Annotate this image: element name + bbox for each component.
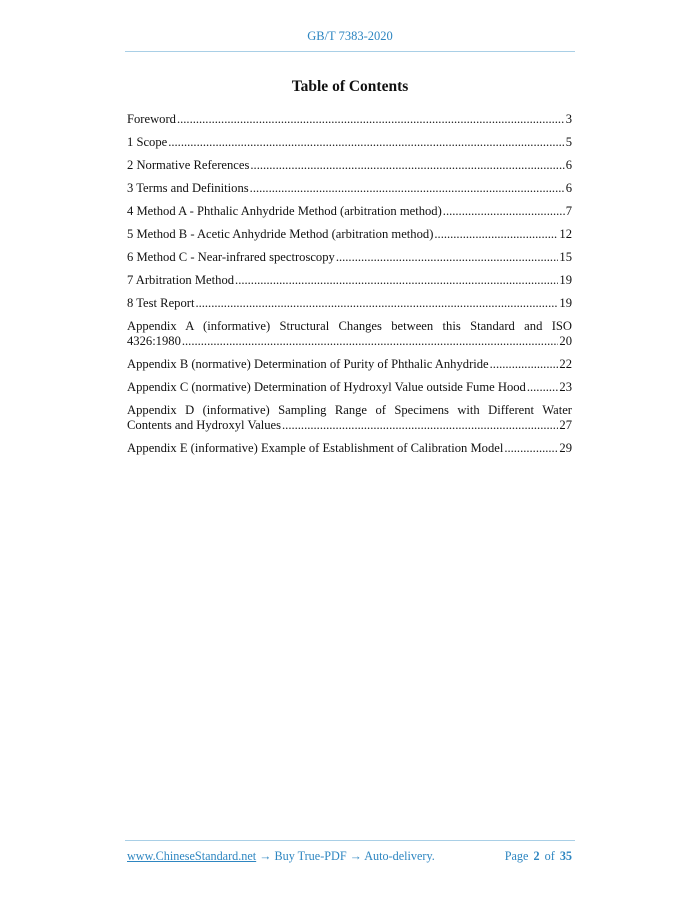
- leader-dots: [434, 227, 558, 242]
- leader-dots: [168, 135, 564, 150]
- standard-code-header: GB/T 7383-2020: [0, 29, 700, 44]
- page-footer: www.ChineseStandard.net → Buy True-PDF →…: [127, 849, 572, 864]
- total-pages: 35: [560, 849, 572, 863]
- footer-tagline: → Buy True-PDF → Auto-delivery.: [256, 849, 435, 863]
- leader-dots: [250, 181, 565, 196]
- toc-entry-method-a[interactable]: 4 Method A - Phthalic Anhydride Method (…: [127, 204, 572, 219]
- table-of-contents: Foreword3 1 Scope5 2 Normative Reference…: [127, 112, 572, 464]
- leader-dots: [504, 441, 558, 456]
- site-link[interactable]: www.ChineseStandard.net: [127, 849, 256, 863]
- page-indicator: Page 2 of 35: [503, 849, 572, 864]
- toc-entry-method-b[interactable]: 5 Method B - Acetic Anhydride Method (ar…: [127, 227, 572, 242]
- leader-dots: [195, 296, 558, 311]
- leader-dots: [235, 273, 558, 288]
- leader-dots: [336, 250, 559, 265]
- footer-promo: www.ChineseStandard.net → Buy True-PDF →…: [127, 849, 435, 864]
- toc-entry-appendix-d[interactable]: Appendix D (informative) Sampling Range …: [127, 403, 572, 433]
- toc-entry-terms-definitions[interactable]: 3 Terms and Definitions6: [127, 181, 572, 196]
- toc-entry-appendix-a[interactable]: Appendix A (informative) Structural Chan…: [127, 319, 572, 349]
- leader-dots: [282, 418, 558, 433]
- leader-dots: [250, 158, 564, 173]
- leader-dots: [490, 357, 559, 372]
- leader-dots: [527, 380, 559, 395]
- leader-dots: [443, 204, 565, 219]
- leader-dots: [182, 334, 559, 349]
- toc-entry-method-c[interactable]: 6 Method C - Near-infrared spectroscopy1…: [127, 250, 572, 265]
- current-page: 2: [533, 849, 539, 863]
- page-title: Table of Contents: [0, 78, 700, 96]
- toc-entry-normative-references[interactable]: 2 Normative References6: [127, 158, 572, 173]
- toc-entry-appendix-c[interactable]: Appendix C (normative) Determination of …: [127, 380, 572, 395]
- header-divider: [125, 51, 575, 52]
- toc-entry-scope[interactable]: 1 Scope5: [127, 135, 572, 150]
- toc-entry-appendix-b[interactable]: Appendix B (normative) Determination of …: [127, 357, 572, 372]
- leader-dots: [177, 112, 565, 127]
- footer-divider: [125, 840, 575, 841]
- toc-entry-test-report[interactable]: 8 Test Report 19: [127, 296, 572, 311]
- toc-entry-appendix-e[interactable]: Appendix E (informative) Example of Esta…: [127, 441, 572, 456]
- toc-entry-foreword[interactable]: Foreword3: [127, 112, 572, 127]
- toc-entry-arbitration-method[interactable]: 7 Arbitration Method19: [127, 273, 572, 288]
